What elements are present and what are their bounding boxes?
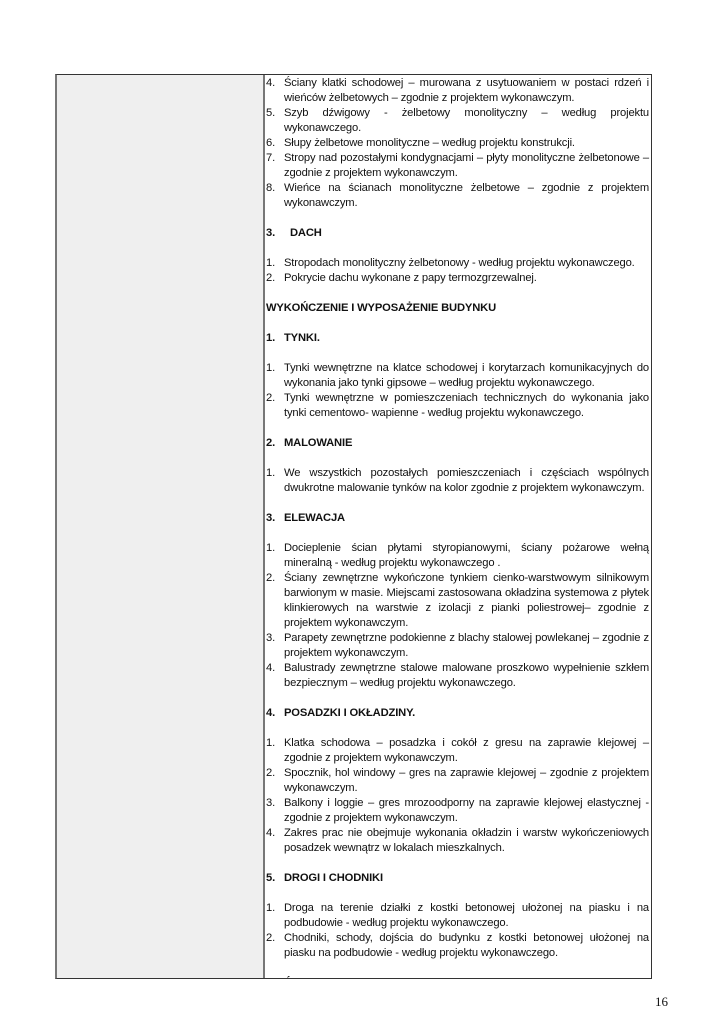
section-heading-floors: 4.POSADZKI I OKŁADZINY. [266, 706, 649, 721]
list-item: 1.Stropodach monolityczny żelbetonowy - … [266, 256, 649, 271]
list-item: 1.We wszystkich pozostałych pomieszczeni… [266, 466, 649, 496]
list-item: 4.Zakres prac nie obejmuje wykonania okł… [266, 826, 649, 856]
walls-list: 4.Ściany klatki schodowej – murowana z u… [266, 76, 649, 211]
list-item: 2.Chodniki, schody, dojścia do budynku z… [266, 931, 649, 961]
list-item: 4.Ściany klatki schodowej – murowana z u… [266, 76, 649, 106]
list-item: 6.Słupy żelbetowe monolityczne – według … [266, 136, 649, 151]
section-heading-painting: 2.MALOWANIE [266, 436, 649, 451]
section-heading-finishing: WYKOŃCZENIE I WYPOSAŻENIE BUDYNKU [266, 301, 649, 316]
section-heading-plaster: 1.TYNKI. [266, 331, 649, 346]
list-item: 1.Droga na terenie działki z kostki beto… [266, 901, 649, 931]
roof-list: 1.Stropodach monolityczny żelbetonowy - … [266, 256, 649, 286]
list-item: 1.Klatka schodowa – posadzka i cokół z g… [266, 736, 649, 766]
list-item: 2.Pokrycie dachu wykonane z papy termozg… [266, 271, 649, 286]
section-heading-roof: 3.DACH [266, 226, 649, 241]
list-item: 8.Wieńce na ścianach monolityczne żelbet… [266, 181, 649, 211]
list-item: 2.Ściany zewnętrzne wykończone tynkiem c… [266, 571, 649, 631]
section-heading-bins: 6.ŚMIETNIKI [266, 976, 649, 978]
list-item: 3.Parapety zewnętrzne podokienne z blach… [266, 631, 649, 661]
section-heading-facade: 3.ELEWACJA [266, 511, 649, 526]
table-right-cell: 4.Ściany klatki schodowej – murowana z u… [265, 75, 651, 978]
list-item: 1.Tynki wewnętrzne na klatce schodowej i… [266, 361, 649, 391]
list-item: 4.Balustrady zewnętrzne stalowe malowane… [266, 661, 649, 691]
list-item: 3.Balkony i loggie – gres mrozoodporny n… [266, 796, 649, 826]
floors-list: 1.Klatka schodowa – posadzka i cokół z g… [266, 736, 649, 856]
document-table: 4.Ściany klatki schodowej – murowana z u… [55, 74, 652, 979]
facade-list: 1.Docieplenie ścian płytami styropianowy… [266, 541, 649, 691]
page-number: 16 [655, 994, 668, 1010]
list-item: 1.Docieplenie ścian płytami styropianowy… [266, 541, 649, 571]
painting-list: 1.We wszystkich pozostałych pomieszczeni… [266, 466, 649, 496]
table-left-cell [57, 75, 265, 978]
list-item: 2.Spocznik, hol windowy – gres na zapraw… [266, 766, 649, 796]
list-item: 7.Stropy nad pozostałymi kondygnacjami –… [266, 151, 649, 181]
section-heading-roads: 5.DROGI I CHODNIKI [266, 871, 649, 886]
list-item: 5.Szyb dźwigowy - żelbetowy monolityczny… [266, 106, 649, 136]
list-item: 2.Tynki wewnętrzne w pomieszczeniach tec… [266, 391, 649, 421]
plaster-list: 1.Tynki wewnętrzne na klatce schodowej i… [266, 361, 649, 421]
roads-list: 1.Droga na terenie działki z kostki beto… [266, 901, 649, 961]
